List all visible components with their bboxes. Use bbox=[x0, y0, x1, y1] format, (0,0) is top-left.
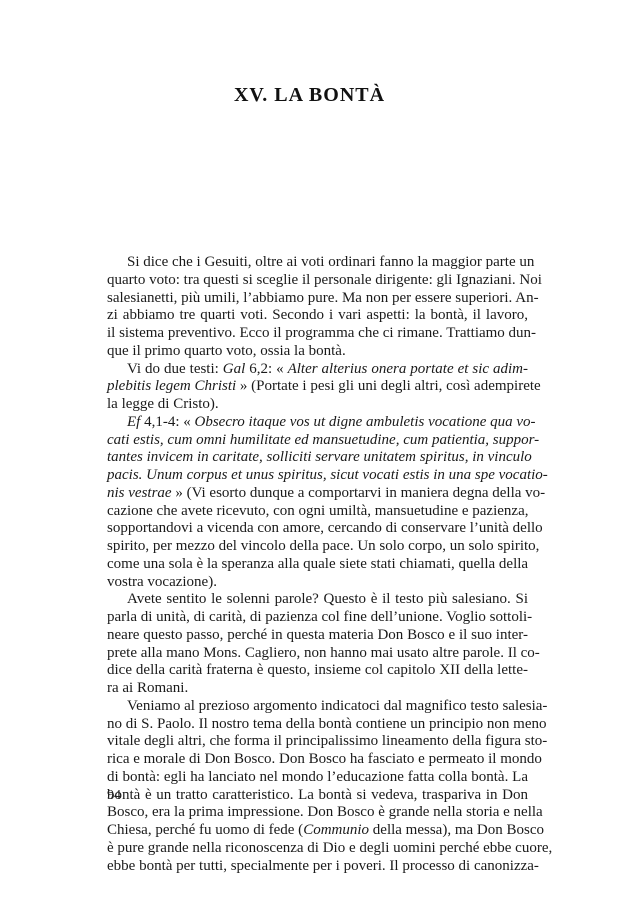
text-line: salesianetti, più umili, l’abbiamo pure.… bbox=[107, 290, 528, 308]
text-line: vitale degli altri, che forma il princip… bbox=[107, 733, 528, 751]
text-span: Vi do due testi: bbox=[127, 361, 223, 377]
text-span: no di S. Paolo. Il nostro tema della bon… bbox=[107, 716, 547, 732]
text-line: bontà è un tratto caratteristico. La bon… bbox=[107, 787, 528, 805]
text-span: sopportandovi a vicenda con amore, cerca… bbox=[107, 520, 543, 536]
text-line: tantes invicem in caritate, solliciti se… bbox=[107, 449, 528, 467]
text-line: Avete sentito le solenni parole? Questo … bbox=[107, 591, 528, 609]
text-line: neare questo passo, perché in questa mat… bbox=[107, 627, 528, 645]
text-line: prete alla mano Mons. Cagliero, non hann… bbox=[107, 645, 528, 663]
text-line: que il primo quarto voto, ossia la bontà… bbox=[107, 343, 528, 361]
text-span: il sistema preventivo. Ecco il programma… bbox=[107, 325, 536, 341]
text-span: dice della carità fraterna è questo, ins… bbox=[107, 662, 528, 678]
text-span: 4,1-4: « bbox=[140, 414, 194, 430]
text-line: Bosco, era la prima impressione. Don Bos… bbox=[107, 804, 528, 822]
text-span: zi abbiamo tre quarti voti. Secondo i va… bbox=[107, 307, 528, 323]
text-span: Veniamo al prezioso argomento indicatoci… bbox=[127, 698, 547, 714]
text-span: cazione che avete ricevuto, con ogni umi… bbox=[107, 503, 528, 519]
text-line: nis vestrae » (Vi esorto dunque a compor… bbox=[107, 485, 528, 503]
text-line: no di S. Paolo. Il nostro tema della bon… bbox=[107, 716, 528, 734]
text-span: Avete sentito le solenni parole? Questo … bbox=[127, 591, 528, 607]
italic-text: cati estis, cum omni humilitate ed mansu… bbox=[107, 432, 539, 448]
text-span: neare questo passo, perché in questa mat… bbox=[107, 627, 528, 643]
text-line: zi abbiamo tre quarti voti. Secondo i va… bbox=[107, 307, 528, 325]
text-span: la legge di Cristo). bbox=[107, 396, 219, 412]
italic-text: pacis. Unum corpus et unus spiritus, sic… bbox=[107, 467, 548, 483]
text-span: que il primo quarto voto, ossia la bontà… bbox=[107, 343, 346, 359]
italic-text: Communio bbox=[303, 822, 369, 838]
text-span: Chiesa, perché fu uomo di fede ( bbox=[107, 822, 303, 838]
text-line: plebitis legem Christi » (Portate i pesi… bbox=[107, 378, 528, 396]
text-span: ra ai Romani. bbox=[107, 680, 188, 696]
text-span: Si dice che i Gesuiti, oltre ai voti ord… bbox=[127, 254, 534, 270]
text-line: pacis. Unum corpus et unus spiritus, sic… bbox=[107, 467, 528, 485]
italic-text: tantes invicem in caritate, solliciti se… bbox=[107, 449, 532, 465]
text-line: quarto voto: tra questi si sceglie il pe… bbox=[107, 272, 528, 290]
text-line: la legge di Cristo). bbox=[107, 396, 528, 414]
text-line: rica e morale di Don Bosco. Don Bosco ha… bbox=[107, 751, 528, 769]
text-span: rica e morale di Don Bosco. Don Bosco ha… bbox=[107, 751, 542, 767]
chapter-title: XV. LA BONTÀ bbox=[0, 84, 619, 107]
text-span: di bontà: egli ha lanciato nel mondo l’e… bbox=[107, 769, 528, 785]
text-span: bontà è un tratto caratteristico. La bon… bbox=[107, 787, 528, 803]
text-line: cazione che avete ricevuto, con ogni umi… bbox=[107, 503, 528, 521]
italic-text: nis vestrae bbox=[107, 485, 172, 501]
text-line: Chiesa, perché fu uomo di fede (Communio… bbox=[107, 822, 528, 840]
text-line: Veniamo al prezioso argomento indicatoci… bbox=[107, 698, 528, 716]
text-span: Bosco, era la prima impressione. Don Bos… bbox=[107, 804, 543, 820]
text-span: » (Portate i pesi gli uni degli altri, c… bbox=[236, 378, 541, 394]
text-line: vostra vocazione). bbox=[107, 574, 528, 592]
page-number: 94 bbox=[107, 788, 121, 804]
body-text: Si dice che i Gesuiti, oltre ai voti ord… bbox=[107, 254, 528, 875]
text-span: come una sola è la speranza alla quale s… bbox=[107, 556, 528, 572]
text-line: come una sola è la speranza alla quale s… bbox=[107, 556, 528, 574]
text-line: sopportandovi a vicenda con amore, cerca… bbox=[107, 520, 528, 538]
text-line: Si dice che i Gesuiti, oltre ai voti ord… bbox=[107, 254, 528, 272]
text-span: della messa), ma Don Bosco bbox=[369, 822, 544, 838]
italic-text: Obsecro itaque vos ut digne ambuletis vo… bbox=[195, 414, 536, 430]
text-line: spirito, per mezzo del vincolo della pac… bbox=[107, 538, 528, 556]
italic-text: Gal bbox=[223, 361, 246, 377]
text-span: parla di unità, di carità, di pazienza c… bbox=[107, 609, 532, 625]
text-span: vostra vocazione). bbox=[107, 574, 217, 590]
text-span: spirito, per mezzo del vincolo della pac… bbox=[107, 538, 539, 554]
text-line: il sistema preventivo. Ecco il programma… bbox=[107, 325, 528, 343]
text-span: » (Vi esorto dunque a comportarvi in man… bbox=[172, 485, 546, 501]
text-line: ra ai Romani. bbox=[107, 680, 528, 698]
text-line: è pure grande nella riconoscenza di Dio … bbox=[107, 840, 528, 858]
italic-text: Ef bbox=[127, 414, 140, 430]
text-line: ebbe bontà per tutti, specialmente per i… bbox=[107, 858, 528, 876]
text-span: 6,2: « bbox=[245, 361, 287, 377]
text-span: quarto voto: tra questi si sceglie il pe… bbox=[107, 272, 542, 288]
text-span: vitale degli altri, che forma il princip… bbox=[107, 733, 547, 749]
italic-text: Alter alterius onera portate et sic adim… bbox=[288, 361, 528, 377]
text-span: salesianetti, più umili, l’abbiamo pure.… bbox=[107, 290, 539, 306]
text-line: cati estis, cum omni humilitate ed mansu… bbox=[107, 432, 528, 450]
italic-text: plebitis legem Christi bbox=[107, 378, 236, 394]
text-line: parla di unità, di carità, di pazienza c… bbox=[107, 609, 528, 627]
text-line: di bontà: egli ha lanciato nel mondo l’e… bbox=[107, 769, 528, 787]
text-span: è pure grande nella riconoscenza di Dio … bbox=[107, 840, 552, 856]
text-span: ebbe bontà per tutti, specialmente per i… bbox=[107, 858, 539, 874]
text-line: Ef 4,1-4: « Obsecro itaque vos ut digne … bbox=[107, 414, 528, 432]
text-line: Vi do due testi: Gal 6,2: « Alter alteri… bbox=[107, 361, 528, 379]
text-line: dice della carità fraterna è questo, ins… bbox=[107, 662, 528, 680]
text-span: prete alla mano Mons. Cagliero, non hann… bbox=[107, 645, 540, 661]
